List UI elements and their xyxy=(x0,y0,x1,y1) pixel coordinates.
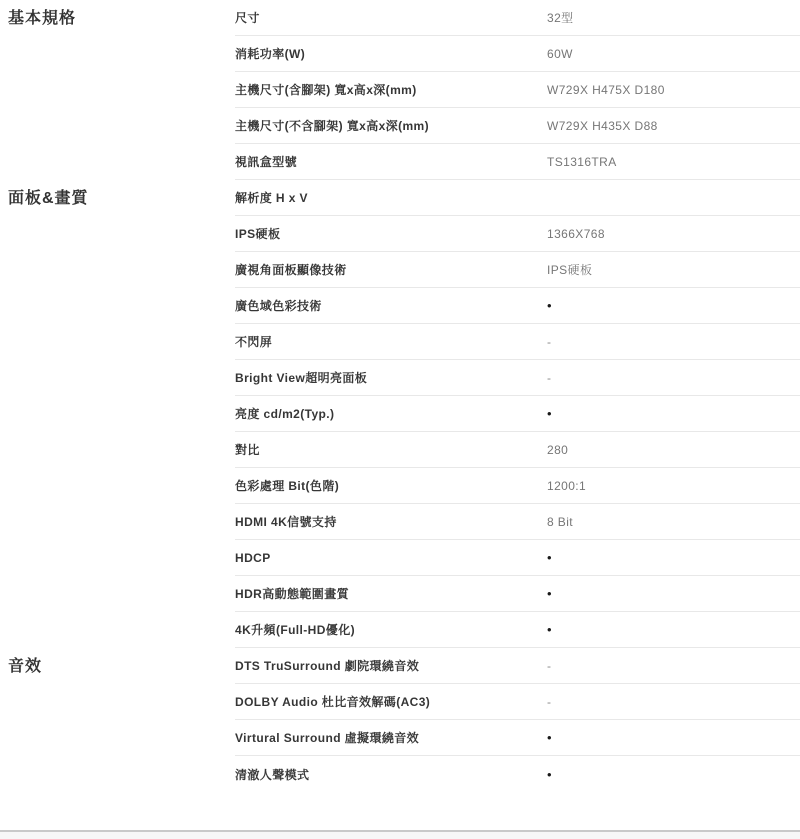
spec-label: 消耗功率(W) xyxy=(235,45,547,62)
section-title: 面板&畫質 xyxy=(0,180,235,648)
spec-value: 280 xyxy=(547,443,800,457)
spec-row: IPS硬板1366X768 xyxy=(235,216,800,252)
spec-value-bullet-icon: • xyxy=(547,767,800,782)
spec-row: HDR高動態範圍畫質• xyxy=(235,576,800,612)
spec-row: 4K升頻(Full-HD優化)• xyxy=(235,612,800,648)
spec-label: 色彩處理 Bit(色階) xyxy=(235,477,547,494)
spec-row: 主機尺寸(不含腳架) 寬x高x深(mm)W729X H435X D88 xyxy=(235,108,800,144)
spec-label: 解析度 H x V xyxy=(235,189,547,206)
spec-row: 色彩處理 Bit(色階)1200:1 xyxy=(235,468,800,504)
spec-table: 基本規格尺寸32型消耗功率(W)60W主機尺寸(含腳架) 寬x高x深(mm)W7… xyxy=(0,0,800,792)
spec-row: 廣色域色彩技術• xyxy=(235,288,800,324)
section-rows: DTS TruSurround 劇院環繞音效-DOLBY Audio 杜比音效解… xyxy=(235,648,800,792)
footer-divider xyxy=(0,830,800,839)
spec-value-bullet-icon: • xyxy=(547,406,800,421)
spec-section: 面板&畫質解析度 H x VIPS硬板1366X768廣視角面板顯像技術IPS硬… xyxy=(0,180,800,648)
spec-label: HDCP xyxy=(235,551,547,565)
spec-row: HDCP• xyxy=(235,540,800,576)
spec-row: Virtural Surround 虛擬環繞音效• xyxy=(235,720,800,756)
spec-row: 不閃屏- xyxy=(235,324,800,360)
spec-value: 1200:1 xyxy=(547,479,800,493)
spec-value: 8 Bit xyxy=(547,515,800,529)
spec-value-bullet-icon: • xyxy=(547,298,800,313)
spec-row: HDMI 4K信號支持8 Bit xyxy=(235,504,800,540)
spec-label: 尺寸 xyxy=(235,9,547,26)
spec-value: - xyxy=(547,371,800,385)
spec-row: 廣視角面板顯像技術IPS硬板 xyxy=(235,252,800,288)
spec-section: 音效DTS TruSurround 劇院環繞音效-DOLBY Audio 杜比音… xyxy=(0,648,800,792)
spec-label: DTS TruSurround 劇院環繞音效 xyxy=(235,657,547,674)
spec-label: 廣視角面板顯像技術 xyxy=(235,261,547,278)
spec-row: 解析度 H x V xyxy=(235,180,800,216)
spec-value: - xyxy=(547,659,800,673)
spec-section: 基本規格尺寸32型消耗功率(W)60W主機尺寸(含腳架) 寬x高x深(mm)W7… xyxy=(0,0,800,180)
spec-value: W729X H475X D180 xyxy=(547,83,800,97)
section-rows: 尺寸32型消耗功率(W)60W主機尺寸(含腳架) 寬x高x深(mm)W729X … xyxy=(235,0,800,180)
spec-row: DTS TruSurround 劇院環繞音效- xyxy=(235,648,800,684)
spec-row: 消耗功率(W)60W xyxy=(235,36,800,72)
spec-label: 不閃屏 xyxy=(235,333,547,350)
spec-value-bullet-icon: • xyxy=(547,550,800,565)
spec-value: - xyxy=(547,695,800,709)
spec-value: - xyxy=(547,335,800,349)
spec-row: 清澈人聲模式• xyxy=(235,756,800,792)
spec-label: 主機尺寸(含腳架) 寬x高x深(mm) xyxy=(235,81,547,98)
spec-row: 視訊盒型號TS1316TRA xyxy=(235,144,800,180)
spec-value: IPS硬板 xyxy=(547,261,800,278)
spec-page: 基本規格尺寸32型消耗功率(W)60W主機尺寸(含腳架) 寬x高x深(mm)W7… xyxy=(0,0,800,839)
spec-value: W729X H435X D88 xyxy=(547,119,800,133)
spec-value: 32型 xyxy=(547,9,800,26)
spec-row: 亮度 cd/m2(Typ.)• xyxy=(235,396,800,432)
spec-value: TS1316TRA xyxy=(547,155,800,169)
section-title: 基本規格 xyxy=(0,0,235,180)
section-rows: 解析度 H x VIPS硬板1366X768廣視角面板顯像技術IPS硬板廣色域色… xyxy=(235,180,800,648)
spec-label: 主機尺寸(不含腳架) 寬x高x深(mm) xyxy=(235,117,547,134)
spec-label: Virtural Surround 虛擬環繞音效 xyxy=(235,729,547,746)
spec-label: HDMI 4K信號支持 xyxy=(235,513,547,530)
spec-row: 尺寸32型 xyxy=(235,0,800,36)
spec-label: 對比 xyxy=(235,441,547,458)
spec-label: 清澈人聲模式 xyxy=(235,766,547,783)
spec-label: DOLBY Audio 杜比音效解碼(AC3) xyxy=(235,693,547,710)
spec-label: IPS硬板 xyxy=(235,225,547,242)
spec-row: 主機尺寸(含腳架) 寬x高x深(mm)W729X H475X D180 xyxy=(235,72,800,108)
spec-label: 亮度 cd/m2(Typ.) xyxy=(235,405,547,422)
section-title: 音效 xyxy=(0,648,235,792)
spec-value: 1366X768 xyxy=(547,227,800,241)
spec-label: HDR高動態範圍畫質 xyxy=(235,585,547,602)
spec-label: Bright View超明亮面板 xyxy=(235,369,547,386)
spec-value: 60W xyxy=(547,47,800,61)
spec-value-bullet-icon: • xyxy=(547,730,800,745)
spec-value-bullet-icon: • xyxy=(547,622,800,637)
spec-row: Bright View超明亮面板- xyxy=(235,360,800,396)
spec-label: 視訊盒型號 xyxy=(235,153,547,170)
spec-label: 4K升頻(Full-HD優化) xyxy=(235,621,547,638)
spec-label: 廣色域色彩技術 xyxy=(235,297,547,314)
spec-value-bullet-icon: • xyxy=(547,586,800,601)
spec-row: 對比280 xyxy=(235,432,800,468)
spec-row: DOLBY Audio 杜比音效解碼(AC3)- xyxy=(235,684,800,720)
